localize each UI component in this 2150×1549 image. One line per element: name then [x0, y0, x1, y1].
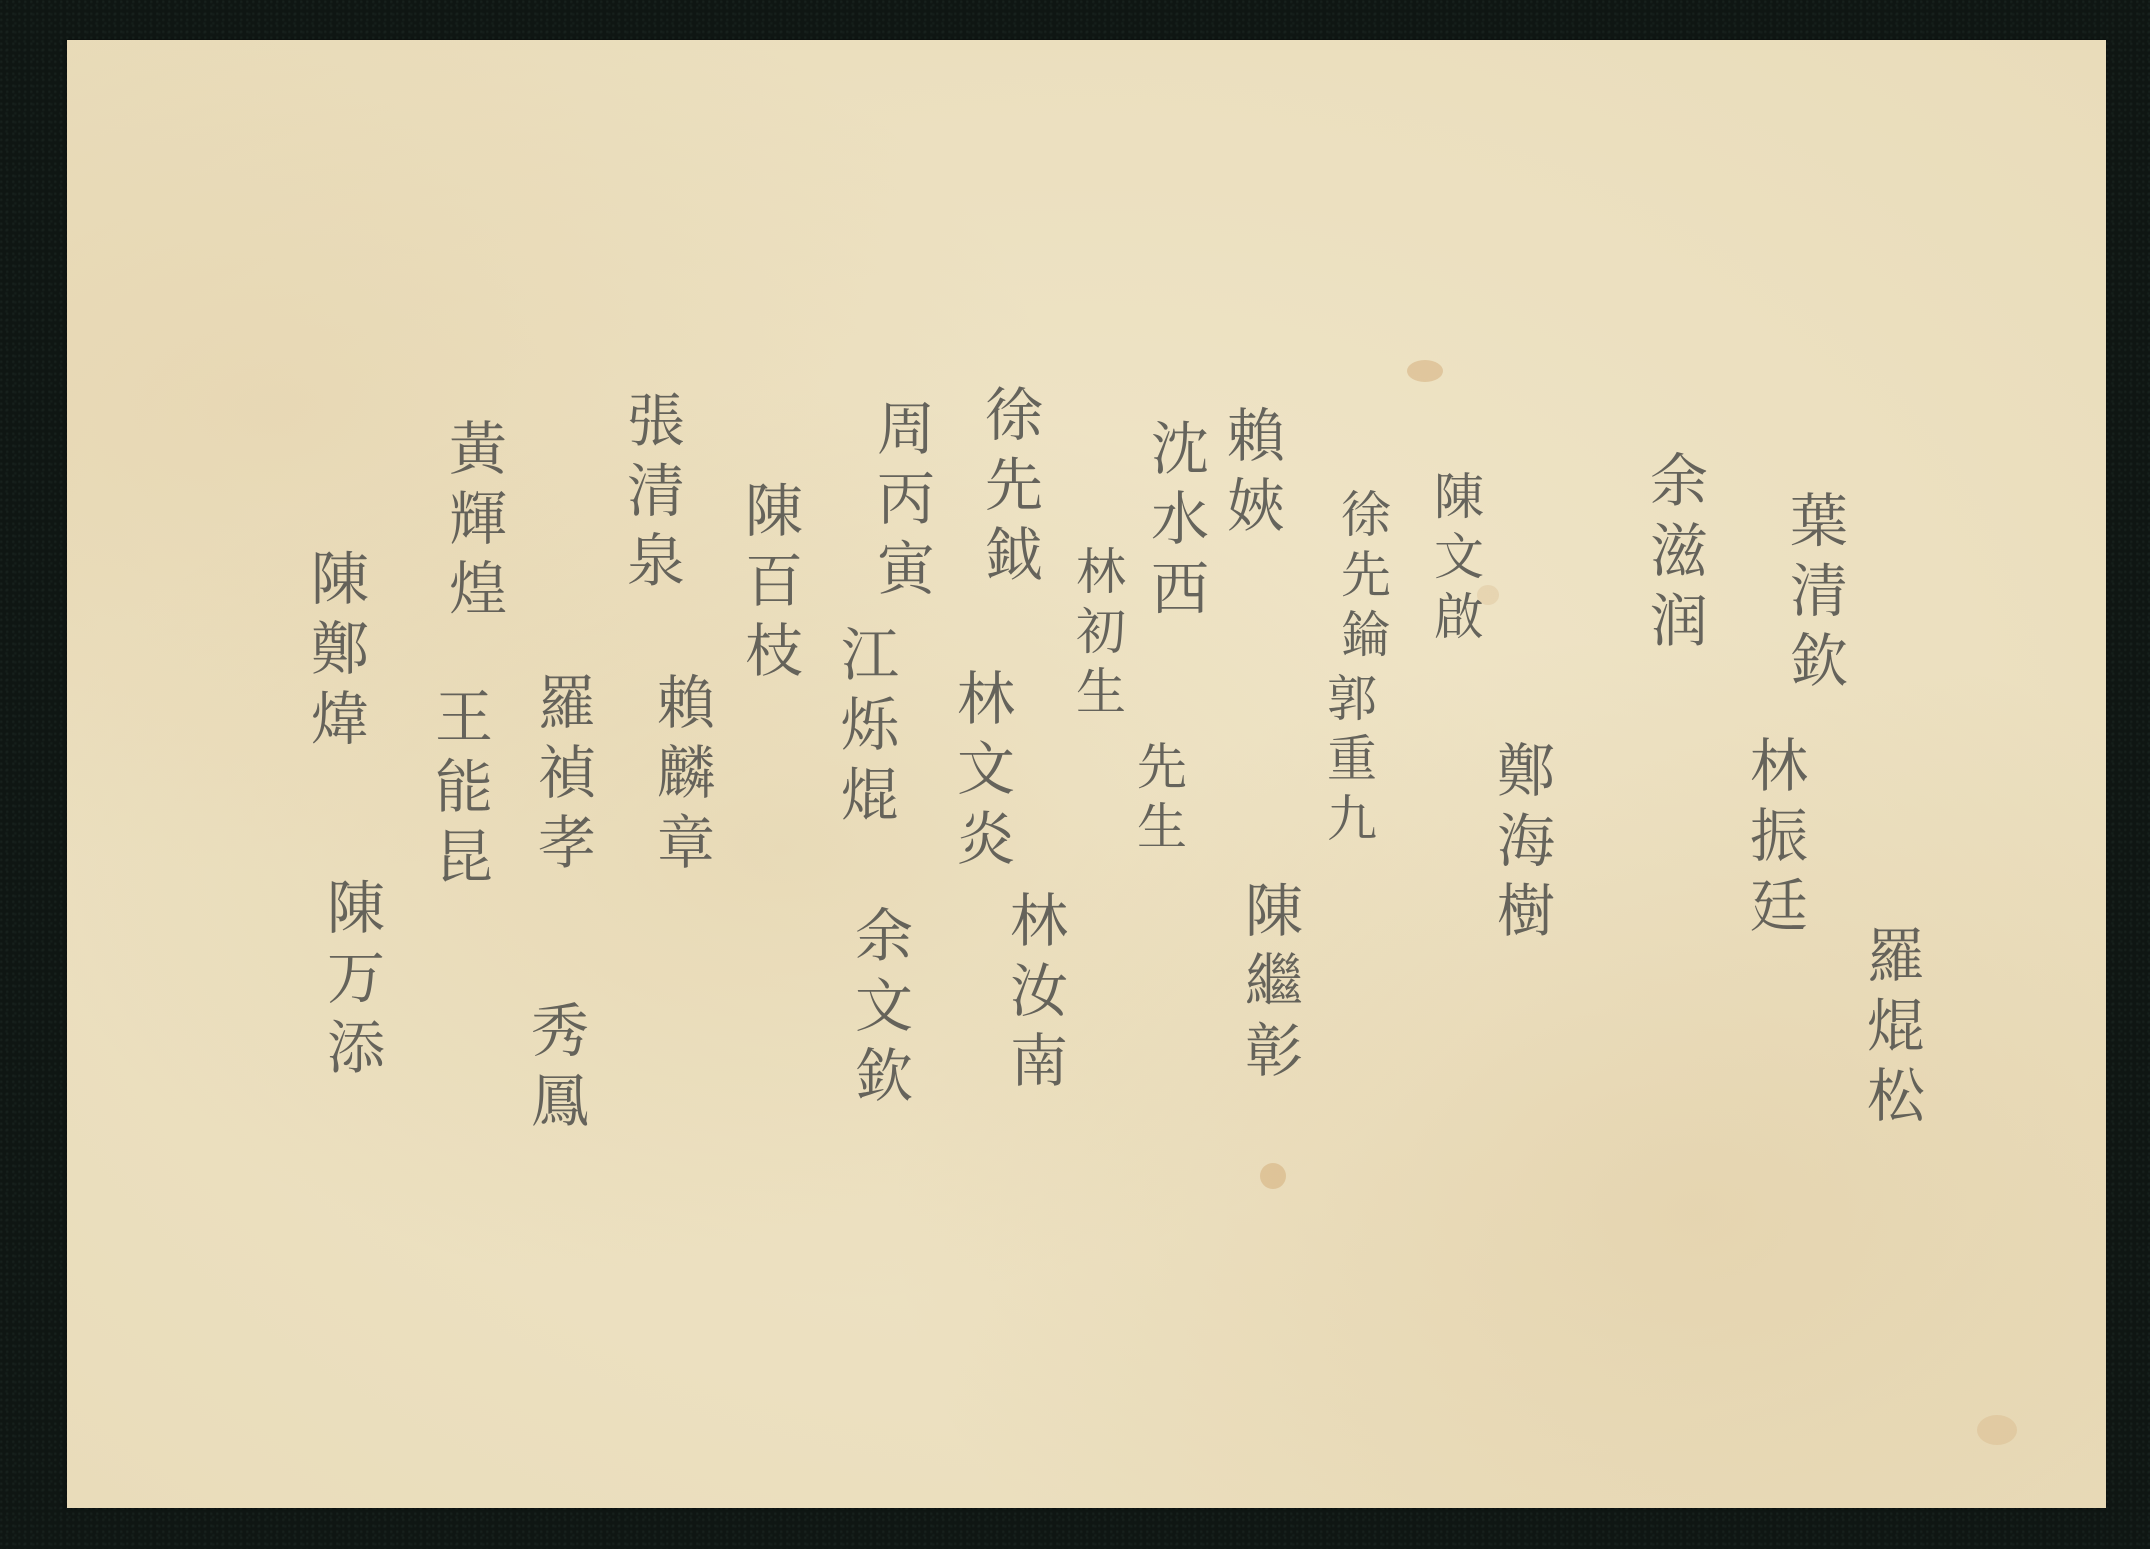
handwritten-name: 林文炎 [952, 668, 1010, 878]
handwritten-name: 賴㛍 [1222, 405, 1280, 545]
handwritten-name: 先生 [1133, 740, 1183, 860]
handwritten-name: 羅焜松 [1862, 925, 1920, 1135]
handwritten-name: 羅禎孝 [533, 672, 591, 882]
handwritten-name: 林初生 [1072, 545, 1122, 725]
handwritten-name: 周丙寅 [872, 398, 930, 608]
handwritten-name: 葉清欽 [1785, 490, 1843, 700]
foxing-stain [1260, 1163, 1286, 1189]
handwritten-name: 余滋润 [1645, 450, 1703, 660]
handwritten-name: 陳百枝 [740, 480, 798, 690]
handwritten-name: 江烁焜 [836, 624, 894, 834]
handwritten-name: 林汝南 [1005, 890, 1063, 1100]
handwritten-name: 陳繼彰 [1240, 880, 1298, 1090]
handwritten-name: 張清泉 [622, 390, 680, 600]
handwritten-name: 陳万添 [322, 877, 380, 1087]
handwritten-name: 郭重九 [1323, 672, 1373, 852]
handwritten-name: 秀鳳 [526, 1000, 584, 1140]
handwritten-name: 黃輝煌 [444, 418, 502, 628]
handwritten-name: 陳文啟 [1430, 470, 1480, 650]
handwritten-name: 鄭海樹 [1492, 740, 1550, 950]
handwritten-name: 徐先錀 [1337, 488, 1387, 668]
handwritten-name: 林振廷 [1745, 735, 1803, 945]
handwritten-name: 賴麟章 [652, 672, 710, 882]
handwritten-name: 沈水西 [1146, 418, 1204, 628]
handwritten-name: 余文欽 [850, 905, 908, 1115]
foxing-stain [1977, 1415, 2017, 1445]
handwritten-name: 王能昆 [430, 686, 488, 896]
handwritten-name: 陳鄭煒 [306, 548, 364, 758]
foxing-stain [1407, 360, 1443, 382]
handwritten-name: 徐先鉞 [980, 384, 1038, 594]
